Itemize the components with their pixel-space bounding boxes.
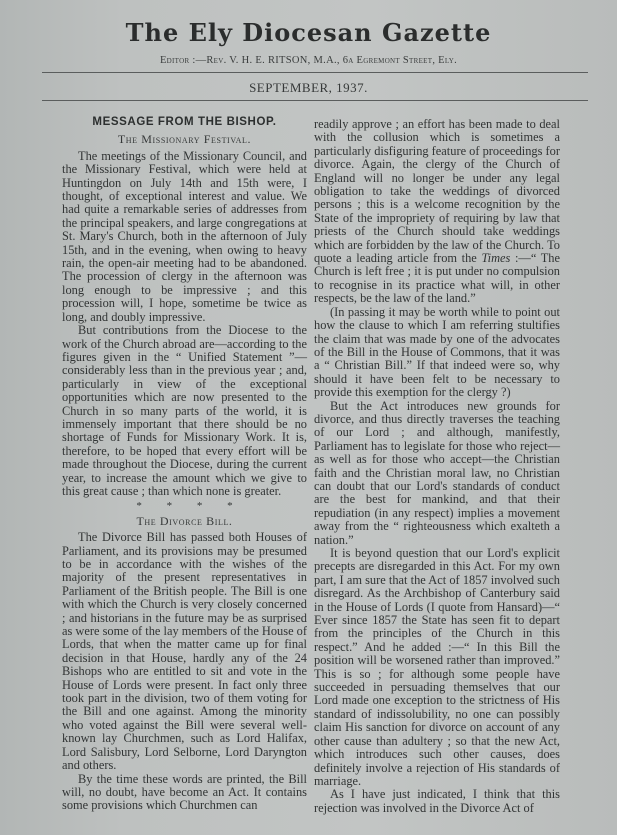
paragraph: The meetings of the Missionary Council, … <box>62 150 307 324</box>
paragraph: But contributions from the Diocese to th… <box>62 324 307 498</box>
top-rule <box>42 72 588 73</box>
gazette-page: The Ely Diocesan Gazette Editor :—Rev. V… <box>0 0 617 835</box>
date-rule <box>42 100 588 101</box>
paragraph: The Divorce Bill has passed both Houses … <box>62 531 307 772</box>
continued-text: readily approve ; an effort has been mad… <box>314 117 560 265</box>
paragraph: By the time these words are printed, the… <box>62 773 307 813</box>
paragraph: It is beyond question that our Lord's ex… <box>314 547 560 788</box>
section-title-divorce: The Divorce Bill. <box>62 515 307 528</box>
left-column: MESSAGE FROM THE BISHOP. The Missionary … <box>62 116 307 813</box>
editor-line: Editor :—Rev. V. H. E. RITSON, M.A., 6a … <box>0 55 617 66</box>
continued-paragraph: readily approve ; an effort has been mad… <box>314 118 560 306</box>
right-column: readily approve ; an effort has been mad… <box>314 118 560 815</box>
section-separator: * * * * <box>62 500 307 513</box>
issue-date: SEPTEMBER, 1937. <box>0 80 617 96</box>
italic-source-title: Times <box>481 251 510 265</box>
paragraph: As I have just indicated, I think that t… <box>314 788 560 815</box>
paragraph: But the Act introduces new grounds for d… <box>314 400 560 547</box>
section-title-missionary: The Missionary Festival. <box>62 133 307 146</box>
masthead-title: The Ely Diocesan Gazette <box>0 18 617 47</box>
paragraph: (In passing it may be worth while to poi… <box>314 306 560 400</box>
article-heading: MESSAGE FROM THE BISHOP. <box>62 116 307 129</box>
